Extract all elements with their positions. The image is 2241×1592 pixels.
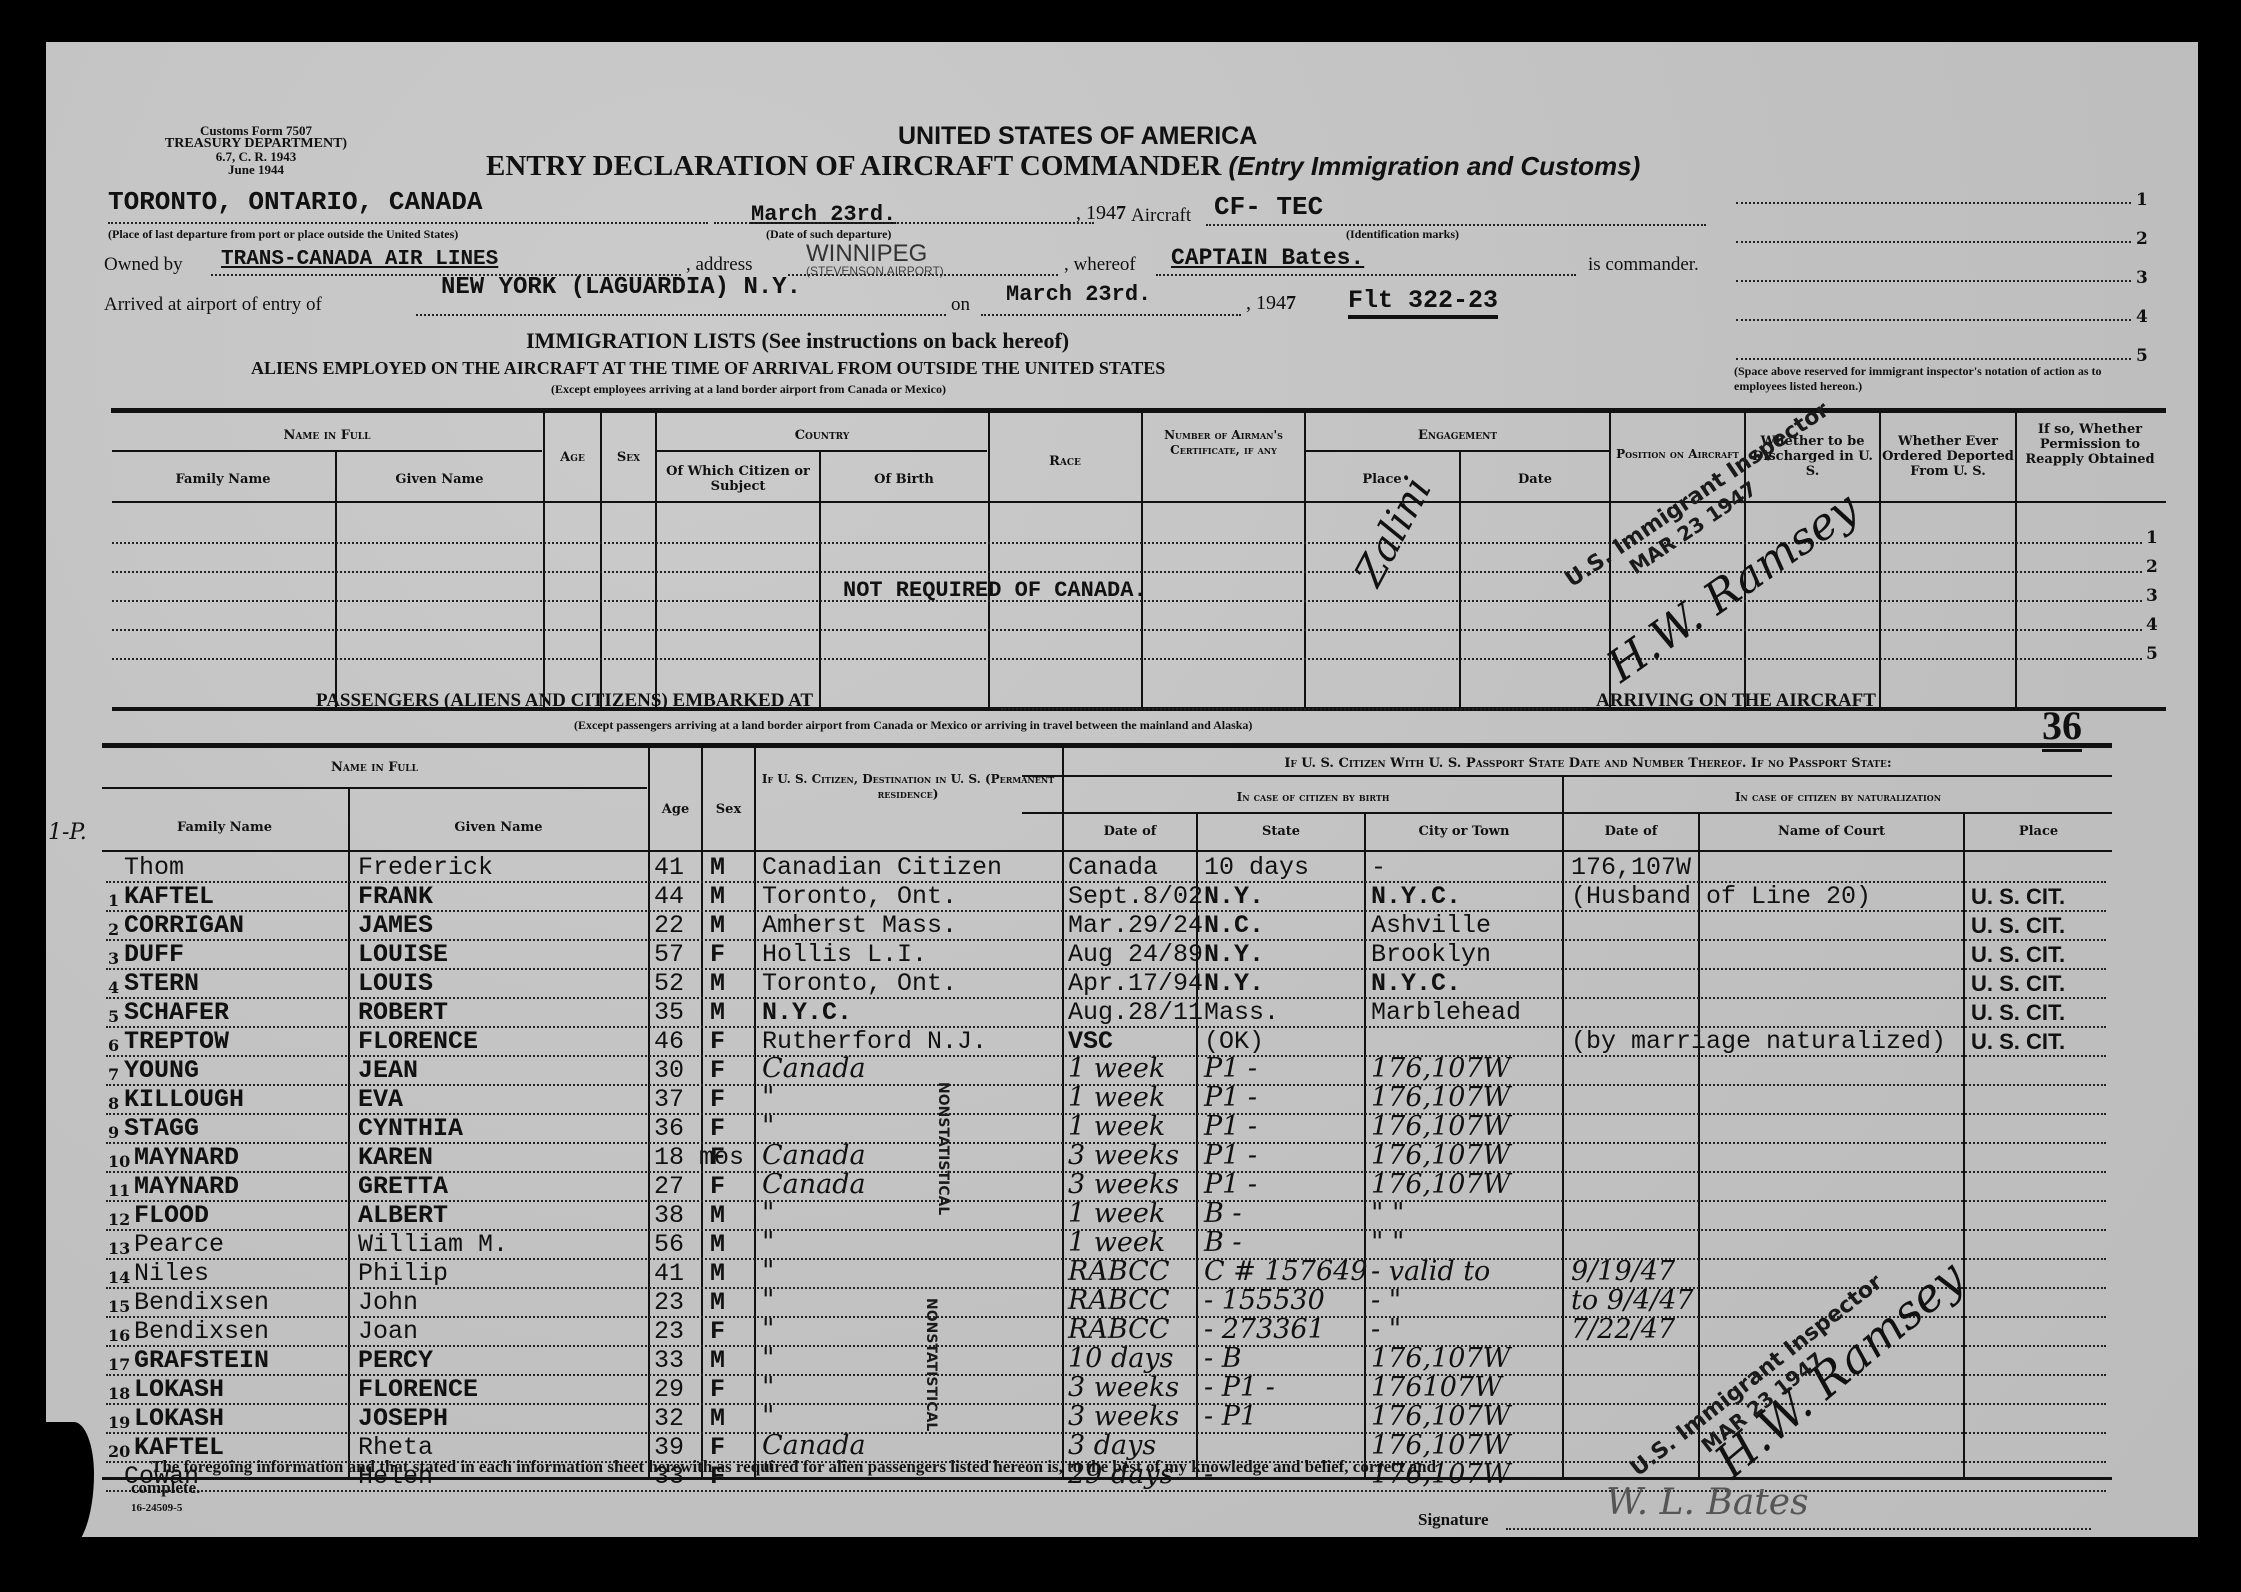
row-number: 12 bbox=[108, 1206, 130, 1234]
arrival-line bbox=[416, 314, 946, 316]
cell-dest: Amherst Mass. bbox=[762, 912, 957, 940]
subheader-rule bbox=[657, 450, 987, 452]
nonstatistical-stamp-1: NONSTATISTICAL bbox=[935, 1082, 951, 1215]
cell-nat-date: 176,107W bbox=[1571, 854, 1691, 882]
cell-sex: M bbox=[710, 1289, 725, 1317]
cell-given: Joan bbox=[358, 1318, 418, 1346]
pax-header-name: Name in Full bbox=[102, 760, 647, 775]
row-number: 4 bbox=[108, 974, 119, 1002]
departure-label: (Place of last departure from port or pl… bbox=[108, 227, 458, 242]
address-line bbox=[788, 274, 1058, 276]
cell-city: 176,107W bbox=[1371, 1169, 1510, 1200]
cell-dest: " bbox=[762, 1082, 774, 1113]
cell-sex: M bbox=[710, 1231, 725, 1259]
emp-row-number: 2 bbox=[2146, 557, 2158, 577]
pax-header-place: Place bbox=[1965, 824, 2112, 839]
cell-birth-date: 1 week bbox=[1068, 1111, 1165, 1142]
cell-sex: F bbox=[710, 1318, 725, 1346]
row-number: 8 bbox=[108, 1090, 119, 1118]
address-label: , address bbox=[686, 254, 752, 276]
is-commander-label: is commander. bbox=[1588, 254, 1699, 276]
cell-place: U. S. CIT. bbox=[1971, 999, 2065, 1027]
cell-place: U. S. CIT. bbox=[1971, 970, 2065, 998]
inspector-line-number: 2 bbox=[2136, 229, 2148, 249]
cell-dest: Canadian Citizen bbox=[762, 854, 1002, 882]
cell-sex: M bbox=[710, 1347, 725, 1375]
cell-city: - valid to bbox=[1371, 1256, 1490, 1287]
cell-given: FLORENCE bbox=[358, 1028, 478, 1056]
cell-state: P1 - bbox=[1204, 1140, 1257, 1171]
subheader-rule bbox=[112, 450, 542, 452]
emp-row bbox=[112, 629, 2142, 631]
cell-age: 57 bbox=[654, 941, 684, 969]
cell-birth-date: 1 week bbox=[1068, 1053, 1165, 1084]
inspector-line-3 bbox=[1736, 280, 2131, 282]
cell-age: 52 bbox=[654, 970, 684, 998]
cell-age: 22 bbox=[654, 912, 684, 940]
cell-family: YOUNG bbox=[124, 1057, 199, 1085]
cell-state: - 273361 bbox=[1204, 1314, 1325, 1345]
cell-age: 27 bbox=[654, 1173, 684, 1201]
pax-header-destination: If U. S. Citizen, Destination in U. S. (… bbox=[758, 772, 1058, 802]
emp-header-airman-cert: Number of Airman's Certificate, if any bbox=[1146, 428, 1301, 458]
pax-header-nat-date: Date of bbox=[1564, 824, 1698, 839]
cell-family: MAYNARD bbox=[134, 1144, 239, 1172]
cell-sex: M bbox=[710, 999, 725, 1027]
cell-state: - P1 bbox=[1204, 1401, 1257, 1432]
signature-label: Signature bbox=[1418, 1510, 1489, 1530]
cell-birth-date: Canada bbox=[1068, 854, 1158, 882]
cell-age: 35 bbox=[654, 999, 684, 1027]
cell-city: Marblehead bbox=[1371, 999, 1521, 1027]
cell-birth-date: 3 weeks bbox=[1068, 1372, 1179, 1403]
passengers-except-note: (Except passengers arriving at a land bo… bbox=[574, 718, 1252, 733]
cell-family: TREPTOW bbox=[124, 1028, 229, 1056]
row-number: 11 bbox=[108, 1177, 130, 1205]
subheader-rule bbox=[102, 787, 647, 789]
cell-sex: F bbox=[710, 1144, 725, 1172]
cell-given: EVA bbox=[358, 1086, 403, 1114]
cell-family: STERN bbox=[124, 970, 199, 998]
cell-age: 33 bbox=[654, 1347, 684, 1375]
col-rule bbox=[1698, 814, 1700, 1478]
cell-state: 10 days bbox=[1204, 854, 1309, 882]
cell-family: Bendixsen bbox=[134, 1318, 269, 1346]
cell-given: Philip bbox=[358, 1260, 448, 1288]
inspector-line-5 bbox=[1736, 358, 2131, 360]
inspector-line-1 bbox=[1736, 202, 2131, 204]
cell-city: " " bbox=[1371, 1198, 1404, 1229]
cell-family: DUFF bbox=[124, 941, 184, 969]
row-number: 14 bbox=[108, 1264, 130, 1292]
cell-given: ALBERT bbox=[358, 1202, 448, 1230]
nonstatistical-stamp-2: NONSTATISTICAL bbox=[923, 1298, 939, 1431]
cell-age: 46 bbox=[654, 1028, 684, 1056]
pax-header-family: Family Name bbox=[102, 820, 347, 835]
cell-sex: F bbox=[710, 1376, 725, 1404]
inspector-space-note: (Space above reserved for immigrant insp… bbox=[1734, 364, 2144, 394]
cell-age: 56 bbox=[654, 1231, 684, 1259]
cell-state: N.Y. bbox=[1204, 883, 1264, 911]
arrival-year: , 1947 bbox=[1246, 292, 1296, 315]
cell-birth-date: 3 weeks bbox=[1068, 1140, 1179, 1171]
arrival-date: March 23rd. bbox=[1006, 282, 1151, 307]
arrival-year-digit: 7 bbox=[1286, 292, 1296, 314]
cell-sex: M bbox=[710, 854, 725, 882]
cell-birth-date: RABCC bbox=[1068, 1285, 1170, 1316]
inspector-line-number: 1 bbox=[2136, 190, 2148, 210]
emp-header-of-birth: Of Birth bbox=[821, 472, 987, 487]
employees-except-note: (Except employees arriving at a land bor… bbox=[551, 382, 946, 397]
handwritten-initial: Zalini bbox=[1346, 470, 1441, 594]
cell-dest: " bbox=[762, 1198, 774, 1229]
cell-given: KAREN bbox=[358, 1144, 433, 1172]
cell-state: P1 - bbox=[1204, 1169, 1257, 1200]
cell-family: Bendixsen bbox=[134, 1289, 269, 1317]
row-number: 17 bbox=[108, 1351, 130, 1379]
row-number: 16 bbox=[108, 1322, 130, 1350]
cell-dest: N.Y.C. bbox=[762, 999, 852, 1027]
cell-city: - bbox=[1371, 854, 1386, 882]
cell-sex: M bbox=[710, 1202, 725, 1230]
subheader-rule bbox=[1022, 775, 2112, 777]
cell-given: Frederick bbox=[358, 854, 493, 882]
cell-sex: M bbox=[710, 970, 725, 998]
cell-family: KAFTEL bbox=[124, 883, 214, 911]
pax-header-state: State bbox=[1198, 824, 1364, 839]
cell-state: - P1 - bbox=[1204, 1372, 1275, 1403]
row-number: 6 bbox=[108, 1032, 119, 1060]
emp-header-age: Age bbox=[545, 450, 600, 465]
cell-state: B - bbox=[1204, 1198, 1242, 1229]
cell-dest: Hollis L.I. bbox=[762, 941, 927, 969]
emp-header-given: Given Name bbox=[337, 472, 542, 487]
cell-nat-date: 9/19/47 bbox=[1571, 1256, 1675, 1287]
inspector-line-number: 3 bbox=[2136, 268, 2148, 288]
cell-dest: " bbox=[762, 1227, 774, 1258]
col-rule bbox=[1141, 412, 1143, 708]
cell-family: FLOOD bbox=[134, 1202, 209, 1230]
cell-dest: " bbox=[762, 1314, 774, 1345]
cell-birth-date: 1 week bbox=[1068, 1198, 1165, 1229]
cell-birth-date: Aug 24/89 bbox=[1068, 941, 1203, 969]
cell-given: JEAN bbox=[358, 1057, 418, 1085]
emp-row bbox=[112, 658, 2142, 660]
cell-age: 32 bbox=[654, 1405, 684, 1433]
emp-header-sex: Sex bbox=[602, 450, 655, 465]
cell-given: ROBERT bbox=[358, 999, 448, 1027]
cell-sex: F bbox=[710, 1115, 725, 1143]
cell-birth-date: RABCC bbox=[1068, 1256, 1170, 1287]
document-page: Customs Form 7507 TREASURY DEPARTMENT) 6… bbox=[46, 42, 2198, 1542]
cell-sex: M bbox=[710, 1260, 725, 1288]
cell-age: 23 bbox=[654, 1318, 684, 1346]
cell-age: 36 bbox=[654, 1115, 684, 1143]
pax-header-given: Given Name bbox=[350, 820, 647, 835]
cell-age: 44 bbox=[654, 883, 684, 911]
emp-row-number: 3 bbox=[2146, 586, 2158, 606]
cell-family: Pearce bbox=[134, 1231, 224, 1259]
departure-date-line bbox=[714, 222, 1094, 224]
cell-place: U. S. CIT. bbox=[1971, 1028, 2065, 1056]
cell-age: 29 bbox=[654, 1376, 684, 1404]
emp-header-deported: Whether Ever Ordered Deported From U. S. bbox=[1881, 434, 2015, 479]
cell-given: William M. bbox=[358, 1231, 508, 1259]
cell-city: - " bbox=[1371, 1285, 1401, 1316]
aliens-employed-subtitle: ALIENS EMPLOYED ON THE AIRCRAFT AT THE T… bbox=[251, 358, 1165, 379]
flight-number: Flt 322-23 bbox=[1348, 286, 1498, 319]
form-edition: June 1944 bbox=[106, 163, 406, 176]
cell-family: Thom bbox=[124, 854, 184, 882]
cell-given: LOUIS bbox=[358, 970, 433, 998]
cell-dest: " bbox=[762, 1256, 774, 1287]
inspector-line-2 bbox=[1736, 241, 2131, 243]
embarked-line bbox=[1001, 708, 1586, 710]
cell-state: - 155530 bbox=[1204, 1285, 1325, 1316]
pax-header-date-of: Date of bbox=[1064, 824, 1196, 839]
cell-sex: M bbox=[710, 883, 725, 911]
cell-sex: M bbox=[710, 1405, 725, 1433]
on-label: on bbox=[951, 294, 970, 316]
cell-age: 18 mos bbox=[654, 1144, 744, 1172]
cell-city: 176,107W bbox=[1371, 1401, 1510, 1432]
row-number: 9 bbox=[108, 1119, 119, 1147]
owner: TRANS-CANADA AIR LINES bbox=[221, 248, 498, 271]
cell-dest: " bbox=[762, 1372, 774, 1403]
emp-header-permission: If so, Whether Permission to Reapply Obt… bbox=[2017, 422, 2163, 467]
row-number: 7 bbox=[108, 1061, 119, 1089]
inspector-line-number: 5 bbox=[2136, 346, 2148, 366]
inspector-line-4 bbox=[1736, 319, 2131, 321]
owned-by-label: Owned by bbox=[104, 254, 183, 276]
cell-given: CYNTHIA bbox=[358, 1115, 463, 1143]
cell-birth-date: Sept.8/02 bbox=[1068, 883, 1203, 911]
cell-age: 30 bbox=[654, 1057, 684, 1085]
not-required-note: NOT REQUIRED OF CANADA. bbox=[843, 578, 1147, 603]
cell-city: 176,107W bbox=[1371, 1111, 1510, 1142]
form-code: 16-24509-5 bbox=[131, 1502, 182, 1514]
cell-sex: F bbox=[710, 1028, 725, 1056]
pax-header-by-birth: In case of citizen by birth bbox=[1064, 790, 1562, 805]
cell-family: MAYNARD bbox=[134, 1173, 239, 1201]
cell-state: (OK) bbox=[1204, 1028, 1264, 1056]
arriving-label: ARRIVING ON THE AIRCRAFT bbox=[1596, 690, 1876, 712]
col-rule bbox=[1304, 412, 1306, 708]
table-top-rule bbox=[111, 408, 2166, 413]
subheader-rule bbox=[1306, 450, 1609, 452]
col-rule bbox=[819, 452, 821, 708]
whereof-label: , whereof bbox=[1064, 254, 1136, 276]
cell-state: N.Y. bbox=[1204, 970, 1264, 998]
pax-header-court: Name of Court bbox=[1700, 824, 1963, 839]
cell-family: CORRIGAN bbox=[124, 912, 244, 940]
cell-family: Niles bbox=[134, 1260, 209, 1288]
cell-given: PERCY bbox=[358, 1347, 433, 1375]
row-number: 18 bbox=[108, 1380, 130, 1408]
cell-dest: Toronto, Ont. bbox=[762, 970, 957, 998]
emp-row bbox=[112, 571, 2142, 573]
row-number: 13 bbox=[108, 1235, 130, 1263]
cell-given: GRETTA bbox=[358, 1173, 448, 1201]
emp-row-number: 5 bbox=[2146, 644, 2158, 664]
cell-city: 176,107W bbox=[1371, 1343, 1510, 1374]
cell-nat-date: (by marriage naturalized) bbox=[1571, 1028, 1946, 1056]
pax-top-rule bbox=[102, 743, 2112, 748]
emp-header-engagement: Engagement bbox=[1306, 428, 1609, 443]
cell-given: FRANK bbox=[358, 883, 433, 911]
row-number: 3 bbox=[108, 945, 119, 973]
aircraft-id-label: (Identification marks) bbox=[1346, 227, 1459, 242]
cell-dest: Canada bbox=[762, 1053, 866, 1084]
cell-age: 38 bbox=[654, 1202, 684, 1230]
departure-year-digit: 7 bbox=[1116, 202, 1126, 224]
row-number: 2 bbox=[108, 916, 119, 944]
cell-city: N.Y.C. bbox=[1371, 970, 1461, 998]
subheader-rule bbox=[1022, 812, 2112, 814]
arrival-airport: NEW YORK (LAGUARDIA) N.Y. bbox=[441, 274, 801, 301]
cell-birth-date: Apr.17/94 bbox=[1068, 970, 1203, 998]
commander-signature: W. L. Bates bbox=[1606, 1482, 1809, 1523]
cell-city: Brooklyn bbox=[1371, 941, 1491, 969]
form-id-block: Customs Form 7507 TREASURY DEPARTMENT) 6… bbox=[106, 124, 406, 176]
cell-city: 176,107W bbox=[1371, 1082, 1510, 1113]
cell-dest: Canada bbox=[762, 1140, 866, 1171]
commander: CAPTAIN Bates. bbox=[1171, 245, 1364, 271]
main-title-sub: (Entry Immigration and Customs) bbox=[1229, 151, 1641, 181]
col-rule bbox=[1459, 452, 1461, 708]
emp-header-country: Country bbox=[657, 428, 987, 443]
cell-nat-date: (Husband of Line 20) bbox=[1571, 883, 1871, 911]
cell-birth-date: 10 days bbox=[1068, 1343, 1173, 1374]
certification-end: complete. bbox=[131, 1478, 200, 1498]
cell-city: 176,107W bbox=[1371, 1140, 1510, 1171]
row-number: 10 bbox=[108, 1148, 130, 1176]
cell-dest: " bbox=[762, 1343, 774, 1374]
cell-dest: Rutherford N.J. bbox=[762, 1028, 987, 1056]
cell-place: U. S. CIT. bbox=[1971, 883, 2065, 911]
main-title-text: ENTRY DECLARATION OF AIRCRAFT COMMANDER bbox=[486, 150, 1221, 182]
cell-state: N.Y. bbox=[1204, 941, 1264, 969]
cell-birth-date: 3 weeks bbox=[1068, 1169, 1179, 1200]
cell-given: LOUISE bbox=[358, 941, 448, 969]
passengers-title: PASSENGERS (ALIENS AND CITIZENS) EMBARKE… bbox=[316, 690, 813, 712]
cell-state: P1 - bbox=[1204, 1082, 1257, 1113]
cell-state: C # 157649 bbox=[1204, 1256, 1368, 1287]
cell-sex: F bbox=[710, 1086, 725, 1114]
cell-family: LOKASH bbox=[134, 1376, 224, 1404]
cell-given: FLORENCE bbox=[358, 1376, 478, 1404]
aircraft-id: CF- TEC bbox=[1214, 192, 1323, 222]
cell-family: KILLOUGH bbox=[124, 1086, 244, 1114]
col-rule bbox=[1364, 814, 1366, 1478]
cell-dest: " bbox=[762, 1111, 774, 1142]
cell-city: N.Y.C. bbox=[1371, 883, 1461, 911]
col-rule bbox=[335, 452, 337, 708]
aircraft-label: Aircraft bbox=[1131, 205, 1191, 227]
pax-header-age: Age bbox=[650, 802, 701, 817]
emp-header-citizen-of: Of Which Citizen or Subject bbox=[657, 464, 819, 494]
cell-birth-date: VSC bbox=[1068, 1028, 1113, 1056]
emp-header-position: Position on Aircraft bbox=[1611, 447, 1744, 462]
cell-given: John bbox=[358, 1289, 418, 1317]
cell-birth-date: Mar.29/24 bbox=[1068, 912, 1203, 940]
row-number: 19 bbox=[108, 1409, 130, 1437]
cell-sex: M bbox=[710, 912, 725, 940]
cell-dest: Canada bbox=[762, 1169, 866, 1200]
pax-header-by-naturalization: In case of citizen by naturalization bbox=[1564, 790, 2112, 805]
header-bottom-rule bbox=[102, 850, 2112, 852]
pax-header-sex: Sex bbox=[703, 802, 754, 817]
place-of-departure: TORONTO, ONTARIO, CANADA bbox=[108, 187, 482, 217]
immigration-lists-title: IMMIGRATION LISTS (See instructions on b… bbox=[526, 328, 1069, 354]
emp-header-family: Family Name bbox=[112, 472, 334, 487]
cell-dest: " bbox=[762, 1401, 774, 1432]
torn-corner bbox=[44, 1422, 94, 1552]
cell-birth-date: 1 week bbox=[1068, 1227, 1165, 1258]
country-title: UNITED STATES OF AMERICA bbox=[898, 122, 1257, 151]
col-rule bbox=[655, 412, 657, 708]
cell-city: 176107W bbox=[1371, 1372, 1502, 1403]
cell-city: Ashville bbox=[1371, 912, 1491, 940]
cell-state: - B bbox=[1204, 1343, 1242, 1374]
cell-sex: F bbox=[710, 1173, 725, 1201]
cell-city: " " bbox=[1371, 1227, 1404, 1258]
signature-line bbox=[1506, 1528, 2091, 1530]
cell-dest: " bbox=[762, 1285, 774, 1316]
emp-header-place: Place bbox=[1306, 472, 1458, 487]
cell-birth-date: 1 week bbox=[1068, 1082, 1165, 1113]
col-rule bbox=[1963, 814, 1965, 1478]
cell-given: JAMES bbox=[358, 912, 433, 940]
cell-birth-date: 3 weeks bbox=[1068, 1401, 1179, 1432]
header-bottom-rule bbox=[112, 501, 2166, 503]
cell-place: U. S. CIT. bbox=[1971, 912, 2065, 940]
aircraft-line bbox=[1206, 224, 1706, 226]
cell-family: LOKASH bbox=[134, 1405, 224, 1433]
row-number: 15 bbox=[108, 1293, 130, 1321]
margin-note: 1-P. bbox=[48, 820, 87, 845]
cell-city: - " bbox=[1371, 1314, 1401, 1345]
cell-place: U. S. CIT. bbox=[1971, 941, 2065, 969]
arrival-date-line bbox=[981, 314, 1241, 316]
certification-text: The foregoing information and that state… bbox=[151, 1457, 1436, 1477]
cell-age: 41 bbox=[654, 854, 684, 882]
cell-age: 37 bbox=[654, 1086, 684, 1114]
cell-state: N.C. bbox=[1204, 912, 1264, 940]
departure-line bbox=[108, 222, 708, 224]
cell-state: Mass. bbox=[1204, 999, 1279, 1027]
cell-state: B - bbox=[1204, 1227, 1242, 1258]
pax-header-city: City or Town bbox=[1366, 824, 1562, 839]
cell-given: JOSEPH bbox=[358, 1405, 448, 1433]
main-title: ENTRY DECLARATION OF AIRCRAFT COMMANDER … bbox=[486, 150, 1640, 183]
emp-row-number: 1 bbox=[2146, 528, 2158, 548]
cell-birth-date: RABCC bbox=[1068, 1314, 1170, 1345]
cell-nat-date: 7/22/47 bbox=[1571, 1314, 1675, 1345]
row-number: 5 bbox=[108, 1003, 119, 1031]
cell-sex: F bbox=[710, 1057, 725, 1085]
cell-nat-date: to 9/4/47 bbox=[1571, 1285, 1694, 1316]
emp-header-race: Race bbox=[990, 454, 1140, 469]
inspector-line-number: 4 bbox=[2136, 307, 2148, 327]
cell-age: 41 bbox=[654, 1260, 684, 1288]
cell-city: 176,107W bbox=[1371, 1053, 1510, 1084]
pax-header-passport: If U. S. Citizen With U. S. Passport Sta… bbox=[1064, 756, 2112, 771]
cell-state: P1 - bbox=[1204, 1111, 1257, 1142]
emp-header-date: Date bbox=[1461, 472, 1609, 487]
row-number: 1 bbox=[108, 887, 119, 915]
cell-state: P1 - bbox=[1204, 1053, 1257, 1084]
